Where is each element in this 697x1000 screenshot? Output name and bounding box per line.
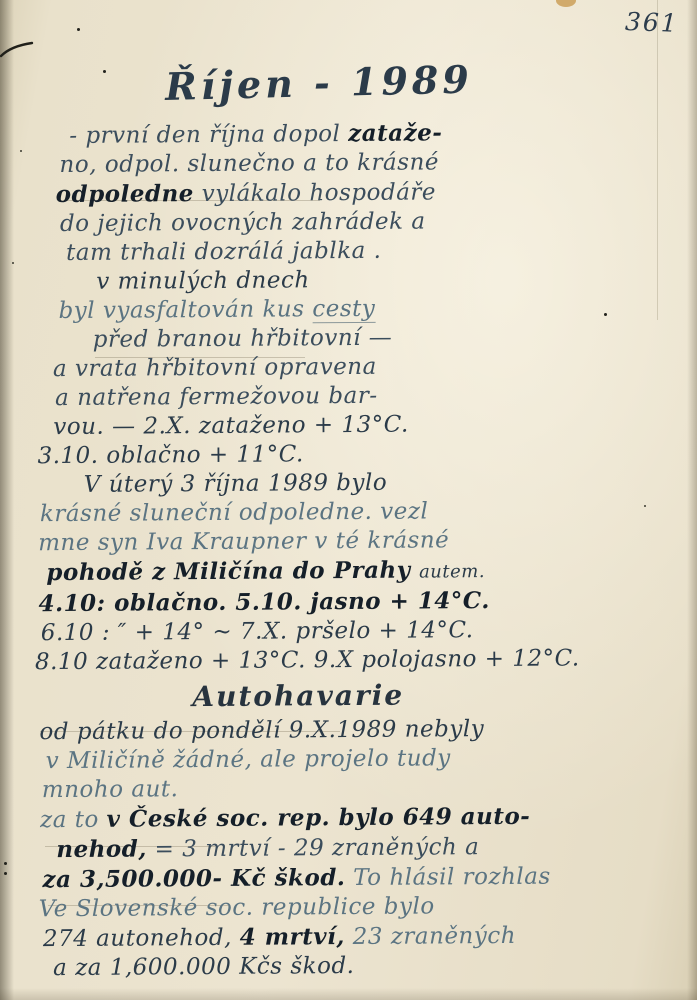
- handwritten-line: v Miličíně žádné, ale projelo tudy: [36, 743, 672, 776]
- ink-dot: [12, 262, 14, 264]
- line-text: do jejich ovocných zahrádek a: [60, 208, 426, 237]
- section-heading: Autohavarie: [35, 678, 561, 715]
- line-text-emphasis: za 3,500.000- Kč škod.: [42, 864, 345, 893]
- scan-edge-shadow-bottom: [0, 988, 697, 1000]
- ink-dot: [20, 150, 22, 152]
- line-text-emphasis: 4 mrtví,: [240, 923, 345, 951]
- line-text: 6.10 : ″ + 14° ~ 7.X. pršelo + 14°C.: [41, 617, 474, 646]
- page-number: 361: [625, 7, 680, 38]
- line-text: a vrata hřbitovní opravena: [53, 354, 377, 382]
- handwritten-line: odpoledne vylákalo hospodáře: [32, 176, 668, 210]
- line-text-emphasis: zataže-: [348, 119, 442, 147]
- line-text: V úterý 3 října 1989 bylo: [84, 470, 388, 498]
- line-text: 3.10. oblačno + 11°C.: [37, 441, 303, 469]
- line-text: v Miličíně žádné, ale projelo tudy: [46, 745, 451, 774]
- handwritten-line: 6.10 : ″ + 14° ~ 7.X. pršelo + 14°C.: [35, 615, 671, 648]
- handwritten-line: 274 autonehod, 4 mrtví, 23 zraněných: [37, 920, 673, 954]
- line-text: no, odpol. slunečno a to krásné: [59, 149, 439, 178]
- handwritten-line: nehod, = 3 mrtví - 29 zraněných a: [36, 831, 672, 865]
- line-text-emphasis: 4.10: oblačno. 5.10. jasno + 14°C.: [38, 587, 489, 617]
- page-title: Říjen - 1989: [30, 53, 607, 112]
- handwritten-line: pohodě z Miličína do Prahy autem.: [34, 554, 670, 589]
- handwritten-line: za 3,500.000- Kč škod. To hlásil rozhlas: [36, 861, 672, 895]
- line-text: tam trhali dozrálá jablka .: [66, 238, 382, 266]
- handwritten-line: za to v České soc. rep. bylo 649 auto-: [36, 801, 672, 835]
- handwritten-line: do jejich ovocných zahrádek a: [32, 206, 668, 239]
- line-text: a natřena fermežovou bar-: [55, 383, 378, 411]
- line-text: 23 zraněných: [345, 923, 516, 950]
- handwritten-line: V úterý 3 října 1989 bylo: [34, 467, 670, 500]
- handwritten-line: od pátku do pondělí 9.X.1989 nebyly: [35, 714, 671, 747]
- line-text-small: autem.: [419, 561, 485, 582]
- scanned-diary-page: 361 Říjen - 1989 - první den října dopol…: [0, 0, 697, 1000]
- handwritten-line: vou. — 2.X. zataženo + 13°C.: [33, 409, 669, 442]
- line-text: - první den října dopol: [69, 121, 348, 149]
- line-text: od pátku do pondělí 9.X.1989 nebyly: [39, 716, 484, 745]
- handwritten-line: mne syn Iva Kraupner v té krásné: [34, 525, 670, 558]
- paper-stain: [556, 0, 576, 7]
- handwritten-line: - první den října dopol zataže-: [31, 117, 667, 151]
- ink-dot: [77, 28, 80, 31]
- line-text: před branou hřbitovní —: [93, 325, 393, 353]
- handwritten-line: Ve Slovenské soc. republice bylo: [37, 891, 673, 924]
- line-text-emphasis: nehod,: [56, 835, 147, 863]
- ink-dot: [4, 872, 7, 875]
- line-text: vylákalo hospodáře: [194, 179, 436, 207]
- handwritten-line: a vrata hřbitovní opravena: [33, 351, 669, 384]
- handwritten-line: no, odpol. slunečno a to krásné: [31, 147, 667, 180]
- handwritten-line: 8.10 zataženo + 13°C. 9.X polojasno + 12…: [35, 644, 671, 677]
- line-text: 274 autonehod,: [43, 925, 240, 952]
- scan-edge-shadow-left: [0, 0, 14, 1000]
- line-text: To hlásil rozhlas: [345, 864, 551, 891]
- handwritten-text-block: Říjen - 1989 - první den října dopol zat…: [31, 58, 673, 983]
- line-text: vou. — 2.X. zataženo + 13°C.: [53, 412, 409, 440]
- scan-edge-shadow-right: [687, 0, 697, 1000]
- handwritten-line: mnoho aut.: [36, 772, 672, 805]
- handwritten-line: a za 1,600.000 Kčs škod.: [37, 950, 673, 983]
- line-text-emphasis: pohodě z Miličína do Prahy: [46, 557, 419, 587]
- handwritten-line: byl vyasfaltován kus cesty: [32, 293, 668, 326]
- handwritten-line: v minulých dnech: [32, 264, 668, 297]
- line-text: mnoho aut.: [42, 776, 179, 803]
- stray-pen-stroke: [0, 36, 40, 62]
- handwritten-line: 4.10: oblačno. 5.10. jasno + 14°C.: [34, 585, 670, 619]
- line-text: v minulých dnech: [96, 267, 309, 294]
- handwritten-line: a natřena fermežovou bar-: [33, 380, 669, 413]
- ink-dot: [4, 862, 7, 865]
- handwritten-line: před branou hřbitovní —: [33, 322, 669, 355]
- handwritten-line: krásné sluneční odpoledne. vezl: [34, 496, 670, 529]
- line-text-emphasis: v České soc. rep. bylo 649 auto-: [107, 803, 531, 833]
- line-text: Ve Slovenské soc. republice bylo: [39, 893, 435, 922]
- line-text: za to: [40, 807, 107, 833]
- handwritten-line: 3.10. oblačno + 11°C.: [33, 438, 669, 471]
- line-text: 8.10 zataženo + 13°C. 9.X polojasno + 12…: [35, 645, 580, 675]
- handwritten-line: tam trhali dozrálá jablka .: [32, 235, 668, 268]
- line-text: krásné sluneční odpoledne. vezl: [40, 498, 429, 527]
- line-text: byl vyasfaltován kus: [58, 296, 312, 324]
- line-text: = 3 mrtví - 29 zraněných a: [147, 834, 480, 862]
- line-text-underlined: cesty: [312, 296, 375, 323]
- line-text: a za 1,600.000 Kčs škod.: [53, 953, 355, 981]
- line-text-emphasis: odpoledne: [56, 180, 194, 208]
- line-text: mne syn Iva Kraupner v té krásné: [38, 527, 449, 556]
